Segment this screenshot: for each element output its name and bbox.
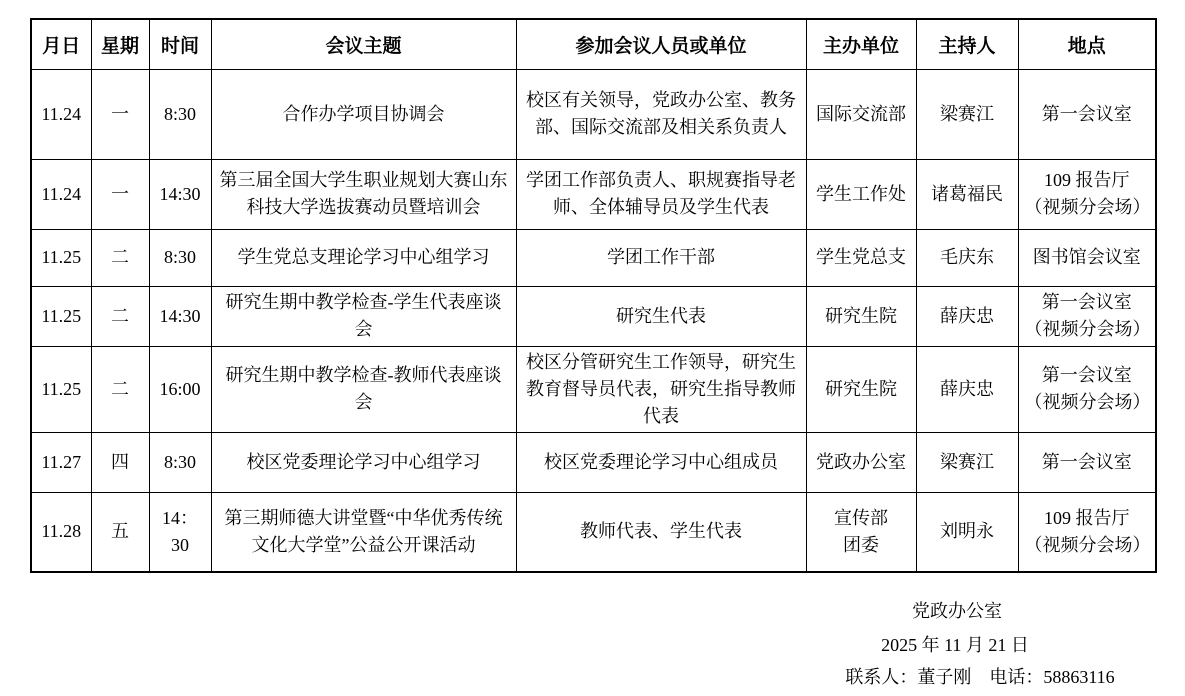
cell-host: 学生工作处	[806, 159, 916, 229]
cell-time: 8:30	[149, 432, 211, 492]
cell-participants: 校区分管研究生工作领导，研究生教育督导员代表，研究生指导教师代表	[516, 346, 806, 432]
cell-location: 第一会议室	[1018, 432, 1156, 492]
table-row: 11.25 二 14:30 研究生期中教学检查-学生代表座谈会 研究生代表 研究…	[31, 286, 1156, 346]
cell-topic: 研究生期中教学检查-教师代表座谈会	[211, 346, 516, 432]
table-row: 11.24 一 14:30 第三届全国大学生职业规划大赛山东科技大学选拔赛动员暨…	[31, 159, 1156, 229]
column-header-topic: 会议主题	[211, 19, 516, 69]
cell-date: 11.25	[31, 229, 91, 286]
table-row: 11.25 二 8:30 学生党总支理论学习中心组学习 学团工作干部 学生党总支…	[31, 229, 1156, 286]
column-header-location: 地点	[1018, 19, 1156, 69]
footer-contact: 联系人：董子刚 电话：58863116	[845, 663, 1114, 689]
cell-weekday: 二	[91, 229, 149, 286]
table-row: 11.24 一 8:30 合作办学项目协调会 校区有关领导，党政办公室、教务部、…	[31, 69, 1156, 159]
cell-moderator: 薛庆忠	[916, 286, 1018, 346]
column-header-participants: 参加会议人员或单位	[516, 19, 806, 69]
cell-time: 8:30	[149, 229, 211, 286]
cell-host: 研究生院	[806, 346, 916, 432]
cell-moderator: 毛庆东	[916, 229, 1018, 286]
cell-date: 11.25	[31, 346, 91, 432]
cell-weekday: 一	[91, 69, 149, 159]
page: 月日 星期 时间 会议主题 参加会议人员或单位 主办单位 主持人 地点 11.2…	[0, 0, 1185, 696]
cell-weekday: 一	[91, 159, 149, 229]
cell-weekday: 二	[91, 286, 149, 346]
cell-participants: 教师代表、学生代表	[516, 492, 806, 572]
cell-host: 党政办公室	[806, 432, 916, 492]
cell-host: 研究生院	[806, 286, 916, 346]
cell-topic: 合作办学项目协调会	[211, 69, 516, 159]
footer-office: 党政办公室	[912, 597, 1002, 623]
column-header-date: 月日	[31, 19, 91, 69]
cell-location: 109 报告厅 （视频分会场）	[1018, 492, 1156, 572]
cell-host: 国际交流部	[806, 69, 916, 159]
cell-location: 图书馆会议室	[1018, 229, 1156, 286]
cell-date: 11.27	[31, 432, 91, 492]
cell-topic: 学生党总支理论学习中心组学习	[211, 229, 516, 286]
cell-time: 14：30	[149, 492, 211, 572]
cell-moderator: 梁赛江	[916, 432, 1018, 492]
cell-location: 第一会议室 （视频分会场）	[1018, 286, 1156, 346]
column-header-time: 时间	[149, 19, 211, 69]
cell-time: 14:30	[149, 286, 211, 346]
cell-participants: 校区有关领导，党政办公室、教务部、国际交流部及相关系负责人	[516, 69, 806, 159]
cell-moderator: 诸葛福民	[916, 159, 1018, 229]
cell-time: 16:00	[149, 346, 211, 432]
column-header-host: 主办单位	[806, 19, 916, 69]
cell-weekday: 五	[91, 492, 149, 572]
cell-location: 第一会议室	[1018, 69, 1156, 159]
cell-host: 宣传部 团委	[806, 492, 916, 572]
meeting-schedule-table: 月日 星期 时间 会议主题 参加会议人员或单位 主办单位 主持人 地点 11.2…	[30, 18, 1157, 573]
cell-topic: 第三期师德大讲堂暨“中华优秀传统文化大学堂”公益公开课活动	[211, 492, 516, 572]
cell-date: 11.24	[31, 69, 91, 159]
cell-topic: 校区党委理论学习中心组学习	[211, 432, 516, 492]
table-row: 11.27 四 8:30 校区党委理论学习中心组学习 校区党委理论学习中心组成员…	[31, 432, 1156, 492]
cell-participants: 学团工作部负责人、职规赛指导老师、全体辅导员及学生代表	[516, 159, 806, 229]
cell-date: 11.25	[31, 286, 91, 346]
footer-date: 2025 年 11 月 21 日	[881, 631, 1029, 657]
cell-location: 第一会议室 （视频分会场）	[1018, 346, 1156, 432]
column-header-weekday: 星期	[91, 19, 149, 69]
header-row: 月日 星期 时间 会议主题 参加会议人员或单位 主办单位 主持人 地点	[31, 19, 1156, 69]
cell-moderator: 薛庆忠	[916, 346, 1018, 432]
cell-location: 109 报告厅 （视频分会场）	[1018, 159, 1156, 229]
cell-host: 学生党总支	[806, 229, 916, 286]
cell-date: 11.24	[31, 159, 91, 229]
cell-participants: 学团工作干部	[516, 229, 806, 286]
cell-date: 11.28	[31, 492, 91, 572]
cell-time: 14:30	[149, 159, 211, 229]
table-row: 11.25 二 16:00 研究生期中教学检查-教师代表座谈会 校区分管研究生工…	[31, 346, 1156, 432]
cell-moderator: 梁赛江	[916, 69, 1018, 159]
cell-topic: 第三届全国大学生职业规划大赛山东科技大学选拔赛动员暨培训会	[211, 159, 516, 229]
cell-participants: 研究生代表	[516, 286, 806, 346]
cell-time: 8:30	[149, 69, 211, 159]
cell-weekday: 四	[91, 432, 149, 492]
column-header-moderator: 主持人	[916, 19, 1018, 69]
cell-participants: 校区党委理论学习中心组成员	[516, 432, 806, 492]
cell-topic: 研究生期中教学检查-学生代表座谈会	[211, 286, 516, 346]
table-row: 11.28 五 14：30 第三期师德大讲堂暨“中华优秀传统文化大学堂”公益公开…	[31, 492, 1156, 572]
cell-weekday: 二	[91, 346, 149, 432]
cell-moderator: 刘明永	[916, 492, 1018, 572]
